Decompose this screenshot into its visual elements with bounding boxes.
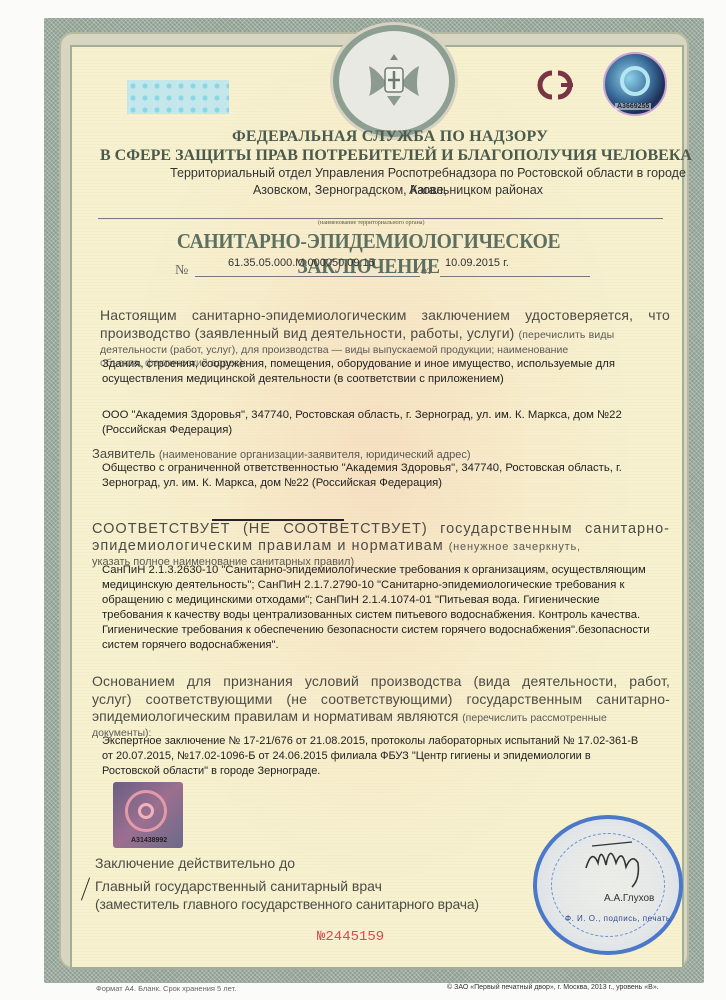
document-line: Ростовской области" в городе Зернограде. bbox=[102, 764, 672, 779]
applicant-label: Заявитель (наименование организации-заяв… bbox=[92, 446, 471, 461]
territorial-underline bbox=[98, 218, 663, 219]
object-line2: (Российская Федерация) bbox=[102, 423, 672, 438]
signature-caption: Ф. И. О., подпись, печать bbox=[565, 914, 671, 923]
rule-line: медицинскую деятельность"; СанПиН 2.1.7.… bbox=[102, 578, 672, 593]
object-line1: ООО "Академия Здоровья", 347740, Ростовс… bbox=[102, 408, 672, 423]
basis-line2: услуг) соответствующими (не соответствую… bbox=[92, 690, 670, 708]
document-line: Экспертное заключение № 17-21/676 от 21.… bbox=[102, 734, 672, 749]
conformity-line2: эпидемиологическим правилам и нормативам… bbox=[92, 538, 670, 554]
date-underline bbox=[440, 276, 590, 277]
activity-line1: Здания, строения, сооружения, помещения,… bbox=[102, 357, 672, 372]
hologram-c-icon bbox=[138, 803, 154, 819]
applicant-hint: (наименование организации-заявителя, юри… bbox=[159, 449, 471, 461]
security-hologram-strip bbox=[127, 80, 229, 114]
certifies-hint-line3: деятельности (работ, услуг), для произво… bbox=[100, 343, 568, 357]
basis-hint: (перечислить рассмотренные bbox=[462, 712, 607, 724]
se-sanepid-logo-icon bbox=[528, 67, 588, 103]
number-underline bbox=[195, 276, 420, 277]
rule-line: требования к качеству воды централизован… bbox=[102, 608, 672, 623]
document-line: от 20.07.2015, №17.02-1096-Б от 24.06.20… bbox=[102, 749, 672, 764]
signature bbox=[578, 838, 648, 893]
certifies-text-line1: Настоящим санитарно-эпидемиологическим з… bbox=[100, 306, 670, 324]
hologram-mark-icon bbox=[620, 66, 650, 96]
conformity-line1: СООТВЕТСТВУЕТ (НЕ СООТВЕТСТВУЕТ) государ… bbox=[92, 520, 670, 538]
validity-hologram-number: A31438992 bbox=[131, 837, 167, 844]
applicant-line2: Зерноград, ул. им. К. Маркса, дом №22 (Р… bbox=[102, 476, 672, 491]
footer-format-note: Формат А4. Бланк. Срок хранения 5 лет. bbox=[96, 984, 236, 993]
signatory-name: А.А.Глухов bbox=[604, 893, 654, 904]
coat-of-arms-emblem bbox=[333, 25, 455, 137]
territorial-office-line2: Азовском, Зерноградском, Кагальницком ра… bbox=[168, 182, 628, 199]
date-label: от bbox=[421, 263, 432, 278]
registration-number: 61.35.05.000.М.000050.09.15 bbox=[228, 257, 375, 269]
applicant-line1: Общество с ограниченной ответственностью… bbox=[102, 461, 672, 476]
agency-name-line1: ФЕДЕРАЛЬНАЯ СЛУЖБА ПО НАДЗОРУ bbox=[90, 128, 690, 146]
security-hologram-seal: A3669255 bbox=[603, 52, 667, 116]
validity-label: Заключение действительно до bbox=[95, 855, 295, 871]
basis-line3: эпидемиологическим правилам и нормативам… bbox=[92, 708, 670, 724]
territorial-caption: (наименование территориального органа) bbox=[318, 220, 424, 226]
activity-line2: осуществления медицинской деятельности (… bbox=[102, 372, 672, 387]
hologram-number: A3669255 bbox=[615, 103, 651, 110]
document-title: САНИТАРНО-ЭПИДЕМИОЛОГИЧЕСКОЕ ЗАКЛЮЧЕНИЕ bbox=[150, 229, 587, 279]
deputy-chief-doctor-title: (заместитель главного государственного с… bbox=[95, 896, 479, 912]
basis-line1: Основанием для признания условий произво… bbox=[92, 672, 670, 690]
rule-line: систем горячего водоснабжения". bbox=[102, 638, 672, 653]
certifies-hint: (перечислить виды bbox=[519, 329, 615, 341]
registration-date: 10.09.2015 г. bbox=[445, 257, 509, 269]
number-label: № bbox=[175, 263, 188, 279]
rule-line: СанПиН 2.1.3.2630-10 "Санитарно-эпидемио… bbox=[102, 563, 672, 578]
agency-name-line2: В СФЕРЕ ЗАЩИТЫ ПРАВ ПОТРЕБИТЕЛЕЙ И БЛАГО… bbox=[96, 147, 696, 165]
rule-line: обращению с медицинскими отходами"; СанП… bbox=[102, 593, 672, 608]
double-headed-eagle-icon bbox=[359, 46, 429, 116]
validity-hologram: A31438992 bbox=[113, 782, 183, 848]
form-serial-number: №2445159 bbox=[317, 929, 384, 945]
certifies-text-line2: производство (заявленный вид деятельност… bbox=[100, 325, 670, 341]
conformity-hint: (ненужное зачеркнуть, bbox=[449, 541, 581, 553]
rule-line: Гигиенические требования к обеспечению б… bbox=[102, 623, 672, 638]
strikethrough-line bbox=[212, 519, 344, 521]
chief-doctor-title: Главный государственный санитарный врач bbox=[95, 878, 382, 894]
footer-printer-note: © ЗАО «Первый печатный двор», г. Москва,… bbox=[447, 984, 659, 991]
